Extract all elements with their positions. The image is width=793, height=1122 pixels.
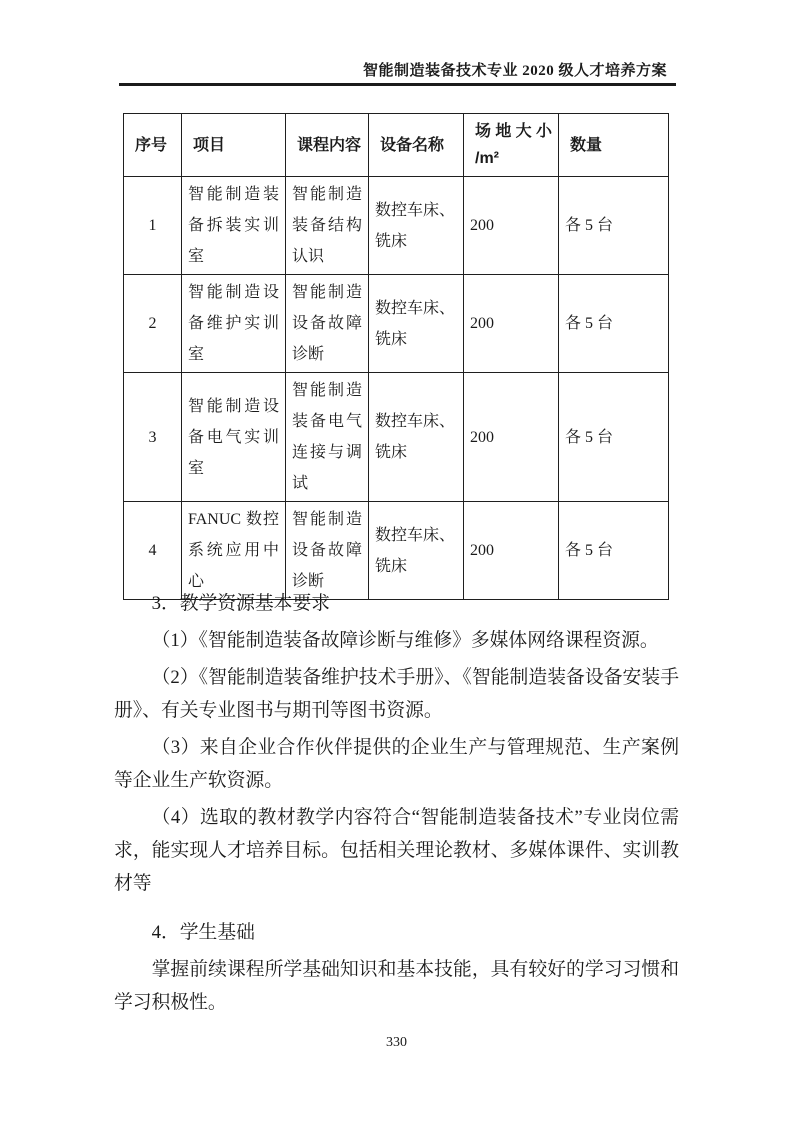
cell-qty: 各 5 台 xyxy=(559,373,669,502)
cell-area: 200 xyxy=(464,373,559,502)
cell-no: 1 xyxy=(124,177,182,275)
col-header-area-label: 场地大小 xyxy=(475,118,552,145)
col-header-project: 项目 xyxy=(182,114,286,177)
facility-table: 序号 项目 课程内容 设备名称 场地大小 /m² 数量 1 智能制造装备拆装实训… xyxy=(123,113,669,600)
document-page: 智能制造装备技术专业 2020 级人才培养方案 序号 项目 课程内容 设备名称 … xyxy=(0,0,793,1122)
col-header-area-unit: /m² xyxy=(475,145,552,172)
cell-qty: 各 5 台 xyxy=(559,275,669,373)
cell-equipment: 数控车床、铣床 xyxy=(369,177,464,275)
table-row: 3 智能制造设备电气实训室 智能制造装备电气连接与调试 数控车床、铣床 200 … xyxy=(124,373,669,502)
cell-project: 智能制造设备维护实训室 xyxy=(182,275,286,373)
cell-project: 智能制造设备电气实训室 xyxy=(182,373,286,502)
page-header: 智能制造装备技术专业 2020 级人才培养方案 xyxy=(119,60,676,86)
cell-qty: 各 5 台 xyxy=(559,177,669,275)
cell-area: 200 xyxy=(464,275,559,373)
cell-no: 3 xyxy=(124,373,182,502)
header-double-rule xyxy=(119,83,676,86)
cell-equipment: 数控车床、铣床 xyxy=(369,275,464,373)
cell-course: 智能制造装备结构认识 xyxy=(286,177,369,275)
body-text: 3．教学资源基本要求 （1）《智能制造装备故障诊断与维修》多媒体网络课程资源。 … xyxy=(114,583,679,1023)
table-row: 2 智能制造设备维护实训室 智能制造设备故障诊断 数控车床、铣床 200 各 5… xyxy=(124,275,669,373)
table-row: 1 智能制造装备拆装实训室 智能制造装备结构认识 数控车床、铣床 200 各 5… xyxy=(124,177,669,275)
col-header-qty: 数量 xyxy=(559,114,669,177)
col-header-no: 序号 xyxy=(124,114,182,177)
resource-item-2: （2）《智能制造装备维护技术手册》、《智能制造装备设备安装手册》、有关专业图书与… xyxy=(114,661,679,727)
cell-project: 智能制造装备拆装实训室 xyxy=(182,177,286,275)
cell-course: 智能制造设备故障诊断 xyxy=(286,275,369,373)
page-header-title: 智能制造装备技术专业 2020 级人才培养方案 xyxy=(119,60,676,82)
resource-item-4: （4）选取的教材教学内容符合“智能制造装备技术”专业岗位需求，能实现人才培养目标… xyxy=(114,801,679,900)
cell-no: 2 xyxy=(124,275,182,373)
section3-title: 3．教学资源基本要求 xyxy=(114,587,679,620)
col-header-equipment: 设备名称 xyxy=(369,114,464,177)
section4-title: 4．学生基础 xyxy=(114,916,679,949)
cell-equipment: 数控车床、铣床 xyxy=(369,373,464,502)
table-header-row: 序号 项目 课程内容 设备名称 场地大小 /m² 数量 xyxy=(124,114,669,177)
col-header-area: 场地大小 /m² xyxy=(464,114,559,177)
page-number: 330 xyxy=(0,1034,793,1052)
cell-area: 200 xyxy=(464,177,559,275)
cell-course: 智能制造装备电气连接与调试 xyxy=(286,373,369,502)
resource-item-1: （1）《智能制造装备故障诊断与维修》多媒体网络课程资源。 xyxy=(114,624,679,657)
section4-paragraph: 掌握前续课程所学基础知识和基本技能，具有较好的学习习惯和学习积极性。 xyxy=(114,953,679,1019)
resource-item-3: （3）来自企业合作伙伴提供的企业生产与管理规范、生产案例等企业生产软资源。 xyxy=(114,731,679,797)
col-header-course: 课程内容 xyxy=(286,114,369,177)
